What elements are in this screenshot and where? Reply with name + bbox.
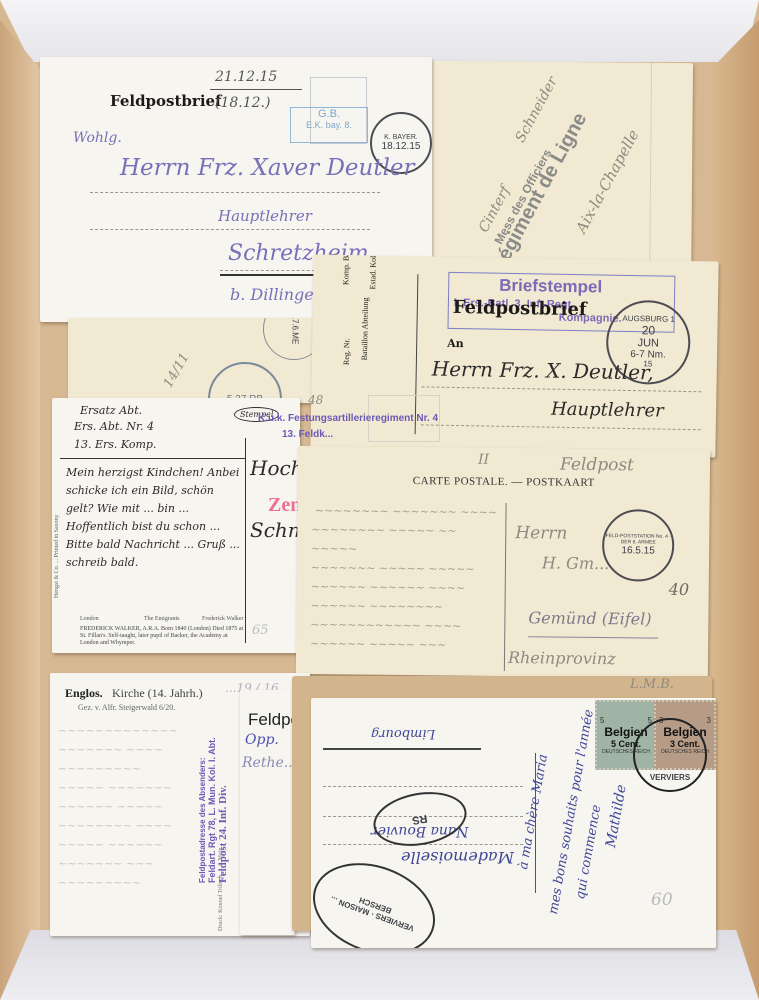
feldpost-partial-card: Feldpo Opp. Rethe... (240, 690, 295, 935)
faded-message-englos: ~~~~~~~~~~~~~~~~~~~~ ~~~~~~~~~~~~~~~~~~ … (58, 721, 198, 892)
address-occupation: Hauptlehrer (218, 207, 312, 225)
pencil-price: 60 (651, 890, 673, 910)
top-note: L.M.B. (630, 677, 674, 692)
address-herrn: Herrn (515, 523, 567, 544)
hand-mademoiselle: Mademoiselle (401, 848, 514, 867)
belgian-postcard: 55 Belgien 5 Cent. DEUTSCHES REICH 33 Be… (311, 698, 716, 948)
box-stamp: G.B. E.K. bay. 8. (290, 107, 368, 143)
corner-note: Wohlg. (73, 130, 122, 146)
feldpost-address-stamp: Feldpostadresse des Absenders: Feldart. … (198, 703, 229, 883)
column-label-estad: Estad. Kolonne (368, 254, 378, 289)
englos-title-bold: Englos. (65, 686, 103, 701)
feldpost-partial-hand-2: Rethe... (242, 755, 295, 771)
handwritten-message: Mein herzigst Kindchen! Anbei schicke ic… (66, 464, 241, 572)
hidden-card-note: 14/11 (161, 351, 193, 391)
message-line-1: à ma chère Maria (516, 753, 551, 871)
sender-line-3: 13. Ers. Komp. (74, 438, 156, 451)
address-partial-2: Schmitt (250, 518, 300, 542)
feldpostbrief-title: Feldpostbrief (110, 92, 222, 110)
caption-body: FREDERICK WALKER, A.R.A. Born 1840 (Lond… (80, 626, 245, 647)
verviers-cancel: VERVIERS (633, 718, 707, 792)
address-partial-1: Hochwo (250, 456, 300, 480)
feldpostbrief-title-2: Feldpostbrief (453, 297, 587, 320)
englos-title-rest: Kirche (14. Jahrh.) (112, 686, 203, 701)
carte-postale-header: CARTE POSTALE. — POSTKAART (413, 475, 595, 489)
feldpost-partial-hand-1: Opp. (245, 732, 279, 748)
box-top-flap (0, 0, 759, 62)
faded-message: ~~~~~~~~ ~~~~~~~ ~~~~~~~~~~~~ ~~~~~ ~~ ~… (310, 501, 502, 655)
side-number: 65 (252, 623, 269, 638)
caption-artist: Frederick Walker (202, 616, 244, 622)
feldpoststation-cancel: FELD-POSTSTATION No. 4 · DER 6. ARMEE 16… (602, 509, 675, 582)
caption-left: London (80, 616, 99, 622)
feldpost-partial-title: Feldpo (248, 710, 295, 730)
festungsartillerie-stamp: K.u.k. Festungsartillerieregiment Nr. 4 (258, 413, 438, 424)
column-label-reg: Reg. Nr. (342, 338, 351, 365)
address-name-3: H. Gm... (542, 553, 610, 573)
date-parenthetical: (18.12.) (215, 95, 270, 111)
handwriting-aix: Aix-la-Chapelle (572, 127, 643, 236)
box-left-wall (0, 20, 40, 1000)
roman-numeral: II (478, 452, 489, 468)
hand-limbourg: Limbourg (371, 726, 435, 741)
signature-mathilde: Mathilde (603, 783, 630, 848)
column-label-bataillon: Bataillon Abteilung (360, 297, 370, 360)
date-written: 21.12.15 (215, 69, 277, 85)
briefstempel-title: Briefstempel (499, 276, 602, 298)
address-name-2: Herrn Frz. X. Deutler, (432, 357, 654, 385)
vertical-printer-text: Hengst & Co. ... Printed in Saxony (54, 514, 60, 598)
carte-postale-card: II Feldpost CARTE POSTALE. — POSTKAART ~… (296, 446, 710, 678)
price-note: 40 (669, 580, 690, 599)
column-label-komp: Komp. Batterie (341, 254, 351, 285)
sender-line-2: Ers. Abt. Nr. 4 (74, 420, 154, 433)
handwriting-schneider: Schneider (512, 74, 560, 145)
box-right-wall (711, 20, 759, 1000)
rs-stamp: RS (369, 785, 471, 853)
number-note: 48 (308, 393, 323, 407)
sender-line-1: Ersatz Abt. (80, 404, 142, 417)
hidden-postcard: 5.37 RB 14/11 17.6.ME (68, 318, 328, 403)
festungsartillerie-stamp-line2: 13. Feldk... (282, 429, 333, 440)
englos-subtitle: Gez. v. Alfr. Steigerwald 6/20. (78, 703, 175, 712)
address-name: Herrn Frz. Xaver Deutler (120, 155, 415, 181)
address-region: b. Dillingen (230, 285, 324, 304)
printer-text: Druck: Konrad Triltsch, ... a. Main (218, 848, 224, 931)
address-town-3: Gemünd (Eifel) (528, 608, 651, 628)
festungsartillerie-stamp-area: Stempel K.u.k. Festungsartillerieregimen… (240, 393, 446, 445)
to-label: An (447, 337, 464, 350)
address-region-3: Rheinprovinz (508, 648, 616, 668)
red-stamp-partial: Zen (268, 494, 300, 517)
feldpost-handwriting: Feldpost (560, 455, 634, 476)
caption-title: The Emigrants (144, 616, 180, 622)
address-occupation-2: Hauptlehrer (551, 399, 664, 422)
